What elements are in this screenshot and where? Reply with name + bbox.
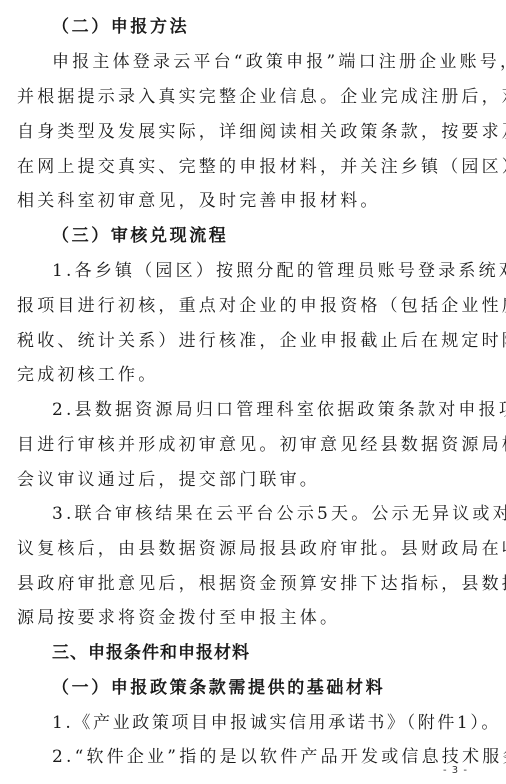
paragraph-line: 并根据提示录入真实完整企业信息。企业完成注册后，对照 <box>17 86 457 108</box>
paragraph-line: 2.县数据资源局归口管理科室依据政策条款对申报项 <box>52 399 457 421</box>
paragraph-line: 报项目进行初核，重点对企业的申报资格（包括企业性质及 <box>17 295 457 317</box>
paragraph-line: 议复核后，由县数据资源局报县政府审批。县财政局在收到 <box>17 538 457 560</box>
section-heading-basic-materials: （一）申报政策条款需提供的基础材料 <box>52 677 385 699</box>
paragraph-line: 1.各乡镇（园区）按照分配的管理员账号登录系统对申 <box>52 260 457 282</box>
paragraph-line: 自身类型及发展实际，详细阅读相关政策条款，按要求及时 <box>17 121 457 143</box>
list-item: 2.“软件企业”指的是以软件产品开发或信息技术服务 <box>52 746 457 768</box>
paragraph-line: 申报主体登录云平台“政策申报”端口注册企业账号， <box>52 51 457 73</box>
paragraph-line: 目进行审核并形成初审意见。初审意见经县数据资源局相关 <box>17 434 457 456</box>
paragraph-line: 会议审议通过后，提交部门联审。 <box>17 469 320 491</box>
chapter-heading-conditions-materials: 三、申报条件和申报材料 <box>52 642 250 664</box>
paragraph-line: 县政府审批意见后，根据资金预算安排下达指标，县数据资 <box>17 573 457 595</box>
page-number: - 3 - <box>443 765 468 776</box>
paragraph-line: 税收、统计关系）进行核准，企业申报截止后在规定时限内 <box>17 330 457 352</box>
section-heading-review-process: （三）审核兑现流程 <box>52 225 228 247</box>
list-item: 1.《产业政策项目申报诚实信用承诺书》（附件1）。 <box>52 712 501 734</box>
paragraph-line: 3.联合审核结果在云平台公示5天。公示无异议或对异 <box>52 503 457 525</box>
paragraph-line: 在网上提交真实、完整的申报材料，并关注乡镇（园区）和 <box>17 156 457 178</box>
paragraph-line: 相关科室初审意见，及时完善申报材料。 <box>17 190 381 212</box>
paragraph-line: 完成初核工作。 <box>17 364 158 386</box>
section-heading-application-method: （二）申报方法 <box>52 16 189 38</box>
paragraph-line: 源局按要求将资金拨付至申报主体。 <box>17 607 340 629</box>
